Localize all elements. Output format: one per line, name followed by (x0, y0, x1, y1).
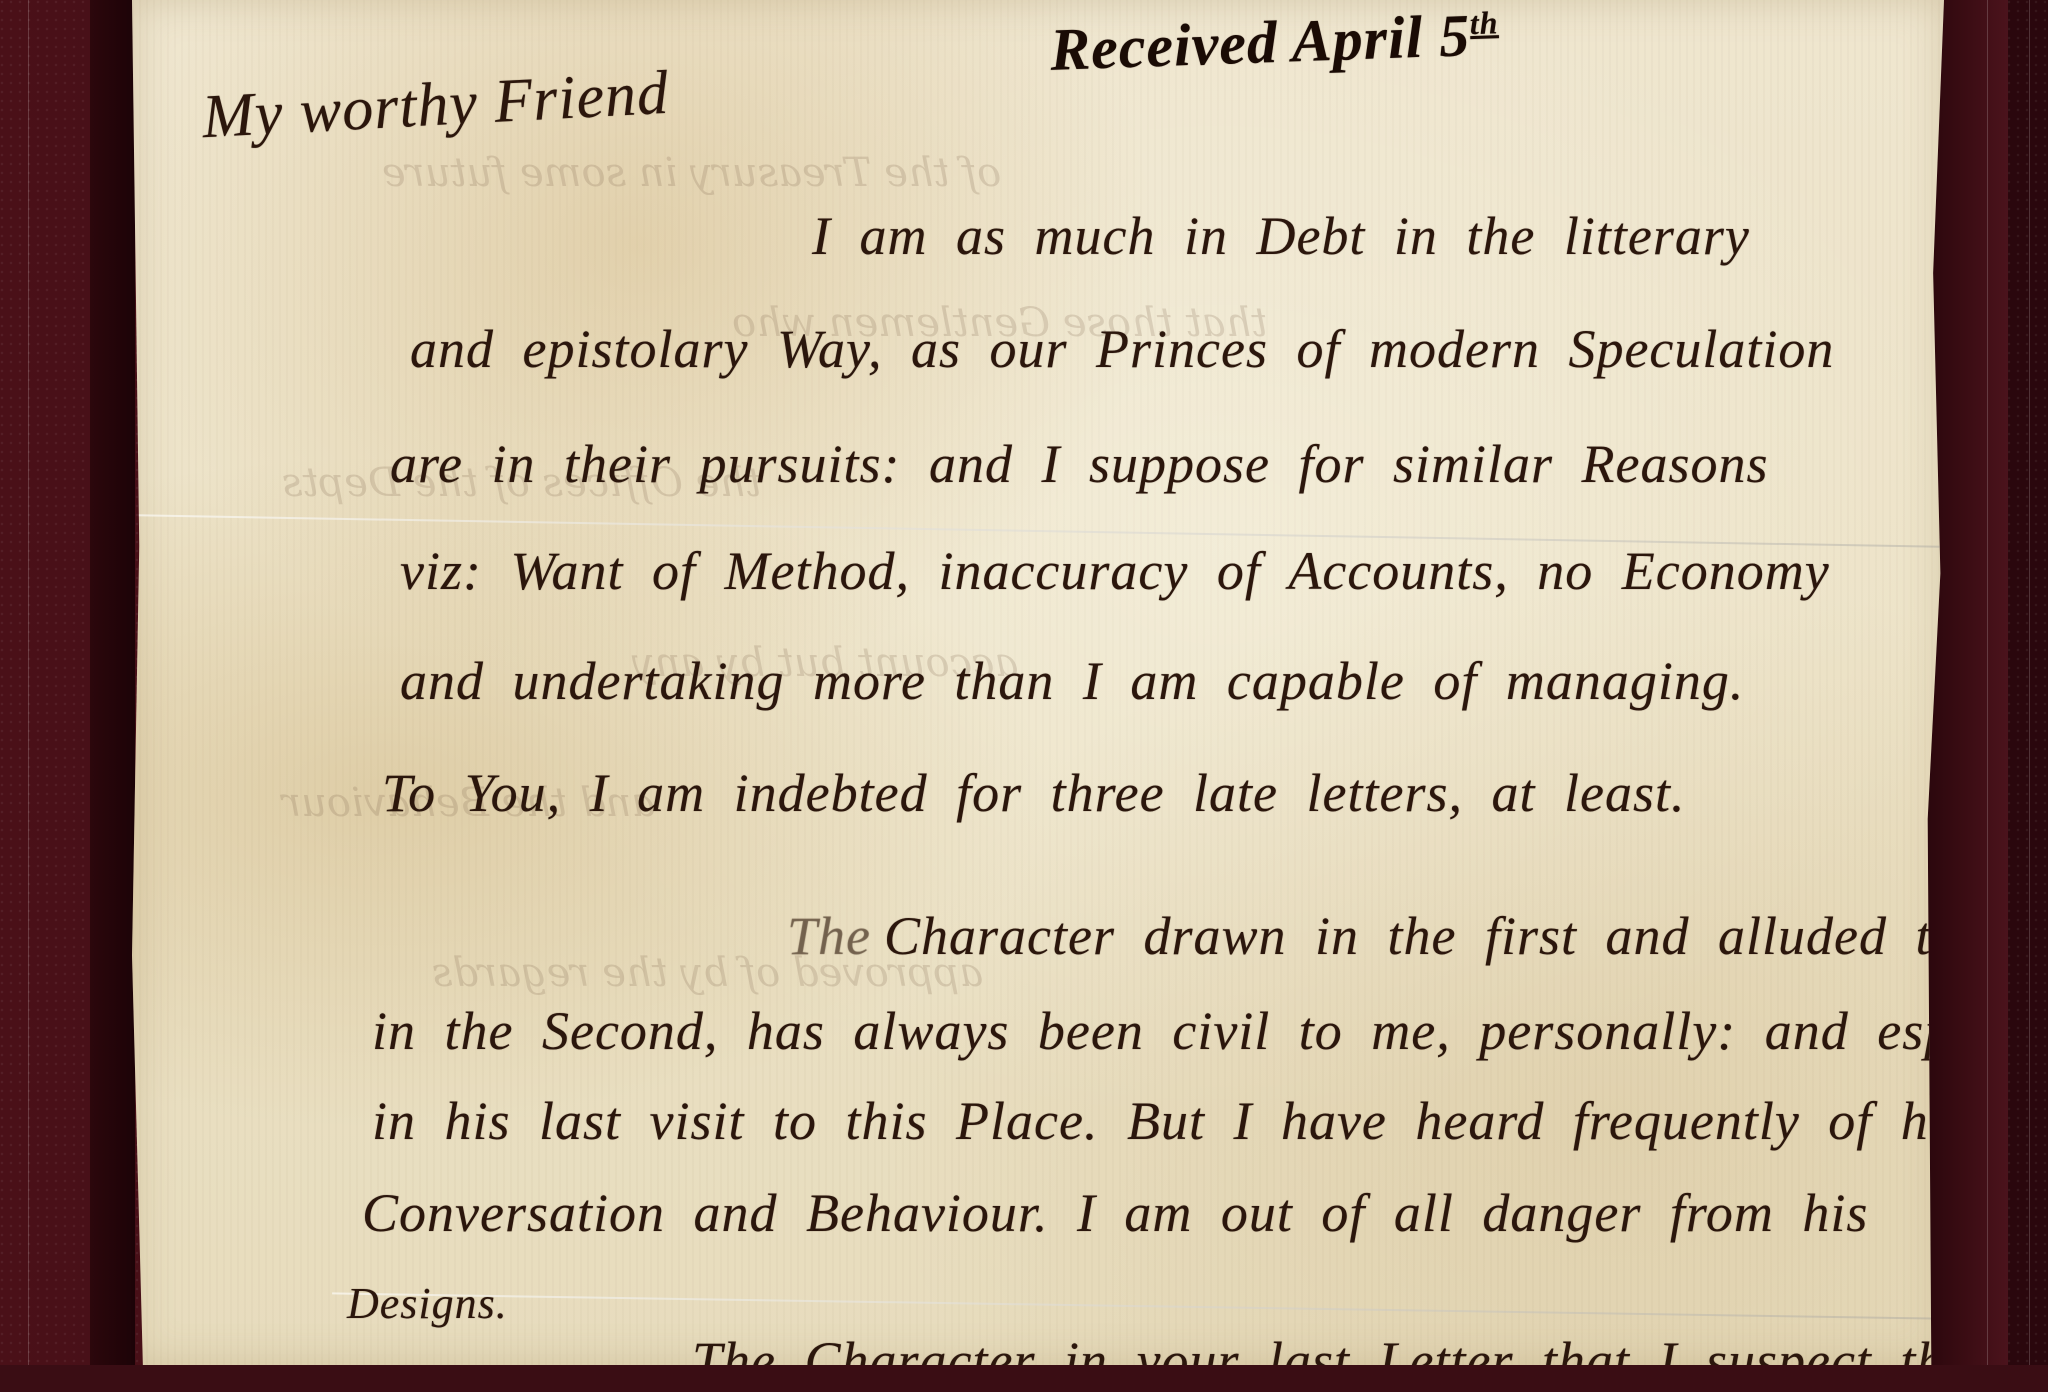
fold-crease (332, 1292, 1932, 1319)
received-date-suffix: th (1469, 4, 1499, 41)
sleeve-reflection-line (1987, 0, 1988, 1365)
frame-edge-left (90, 0, 135, 1365)
letter-line-9: in his last visit to this Place. But I h… (372, 1090, 1967, 1152)
salutation: My worthy Friend (200, 58, 670, 153)
faded-word: The (787, 905, 871, 967)
letter-line-7: Character drawn in the first and alluded… (884, 905, 1960, 967)
letter-line-10: Conversation and Behaviour. I am out of … (362, 1182, 1868, 1244)
sleeve-reflection-line (28, 0, 29, 1365)
received-docket: Received April 5th (1049, 0, 1500, 85)
letter-line-8: in the Second, has always been civil to … (372, 1000, 2048, 1062)
bleed-through-text: of the Treasury in some future (382, 150, 1001, 196)
letter-line-6: To You, I am indebted for three late let… (382, 762, 1685, 824)
letter-line-1: I am as much in Debt in the litterary (812, 205, 1750, 267)
letter-line-11: Designs. (347, 1278, 508, 1329)
letter-line-5: and undertaking more than I am capable o… (400, 650, 1744, 712)
letter-paper: of the Treasury in some future that thos… (132, 0, 1944, 1365)
letter-line-4: viz: Want of Method, inaccuracy of Accou… (400, 540, 1830, 602)
letter-line-12: The Character in your last Letter that I… (692, 1330, 1969, 1365)
letter-line-2: and epistolary Way, as our Princes of mo… (410, 318, 1834, 380)
received-date: Received April 5 (1049, 2, 1471, 83)
sleeve-reflection-line (2029, 0, 2030, 1365)
letter-line-3: are in their pursuits: and I suppose for… (390, 433, 1769, 495)
